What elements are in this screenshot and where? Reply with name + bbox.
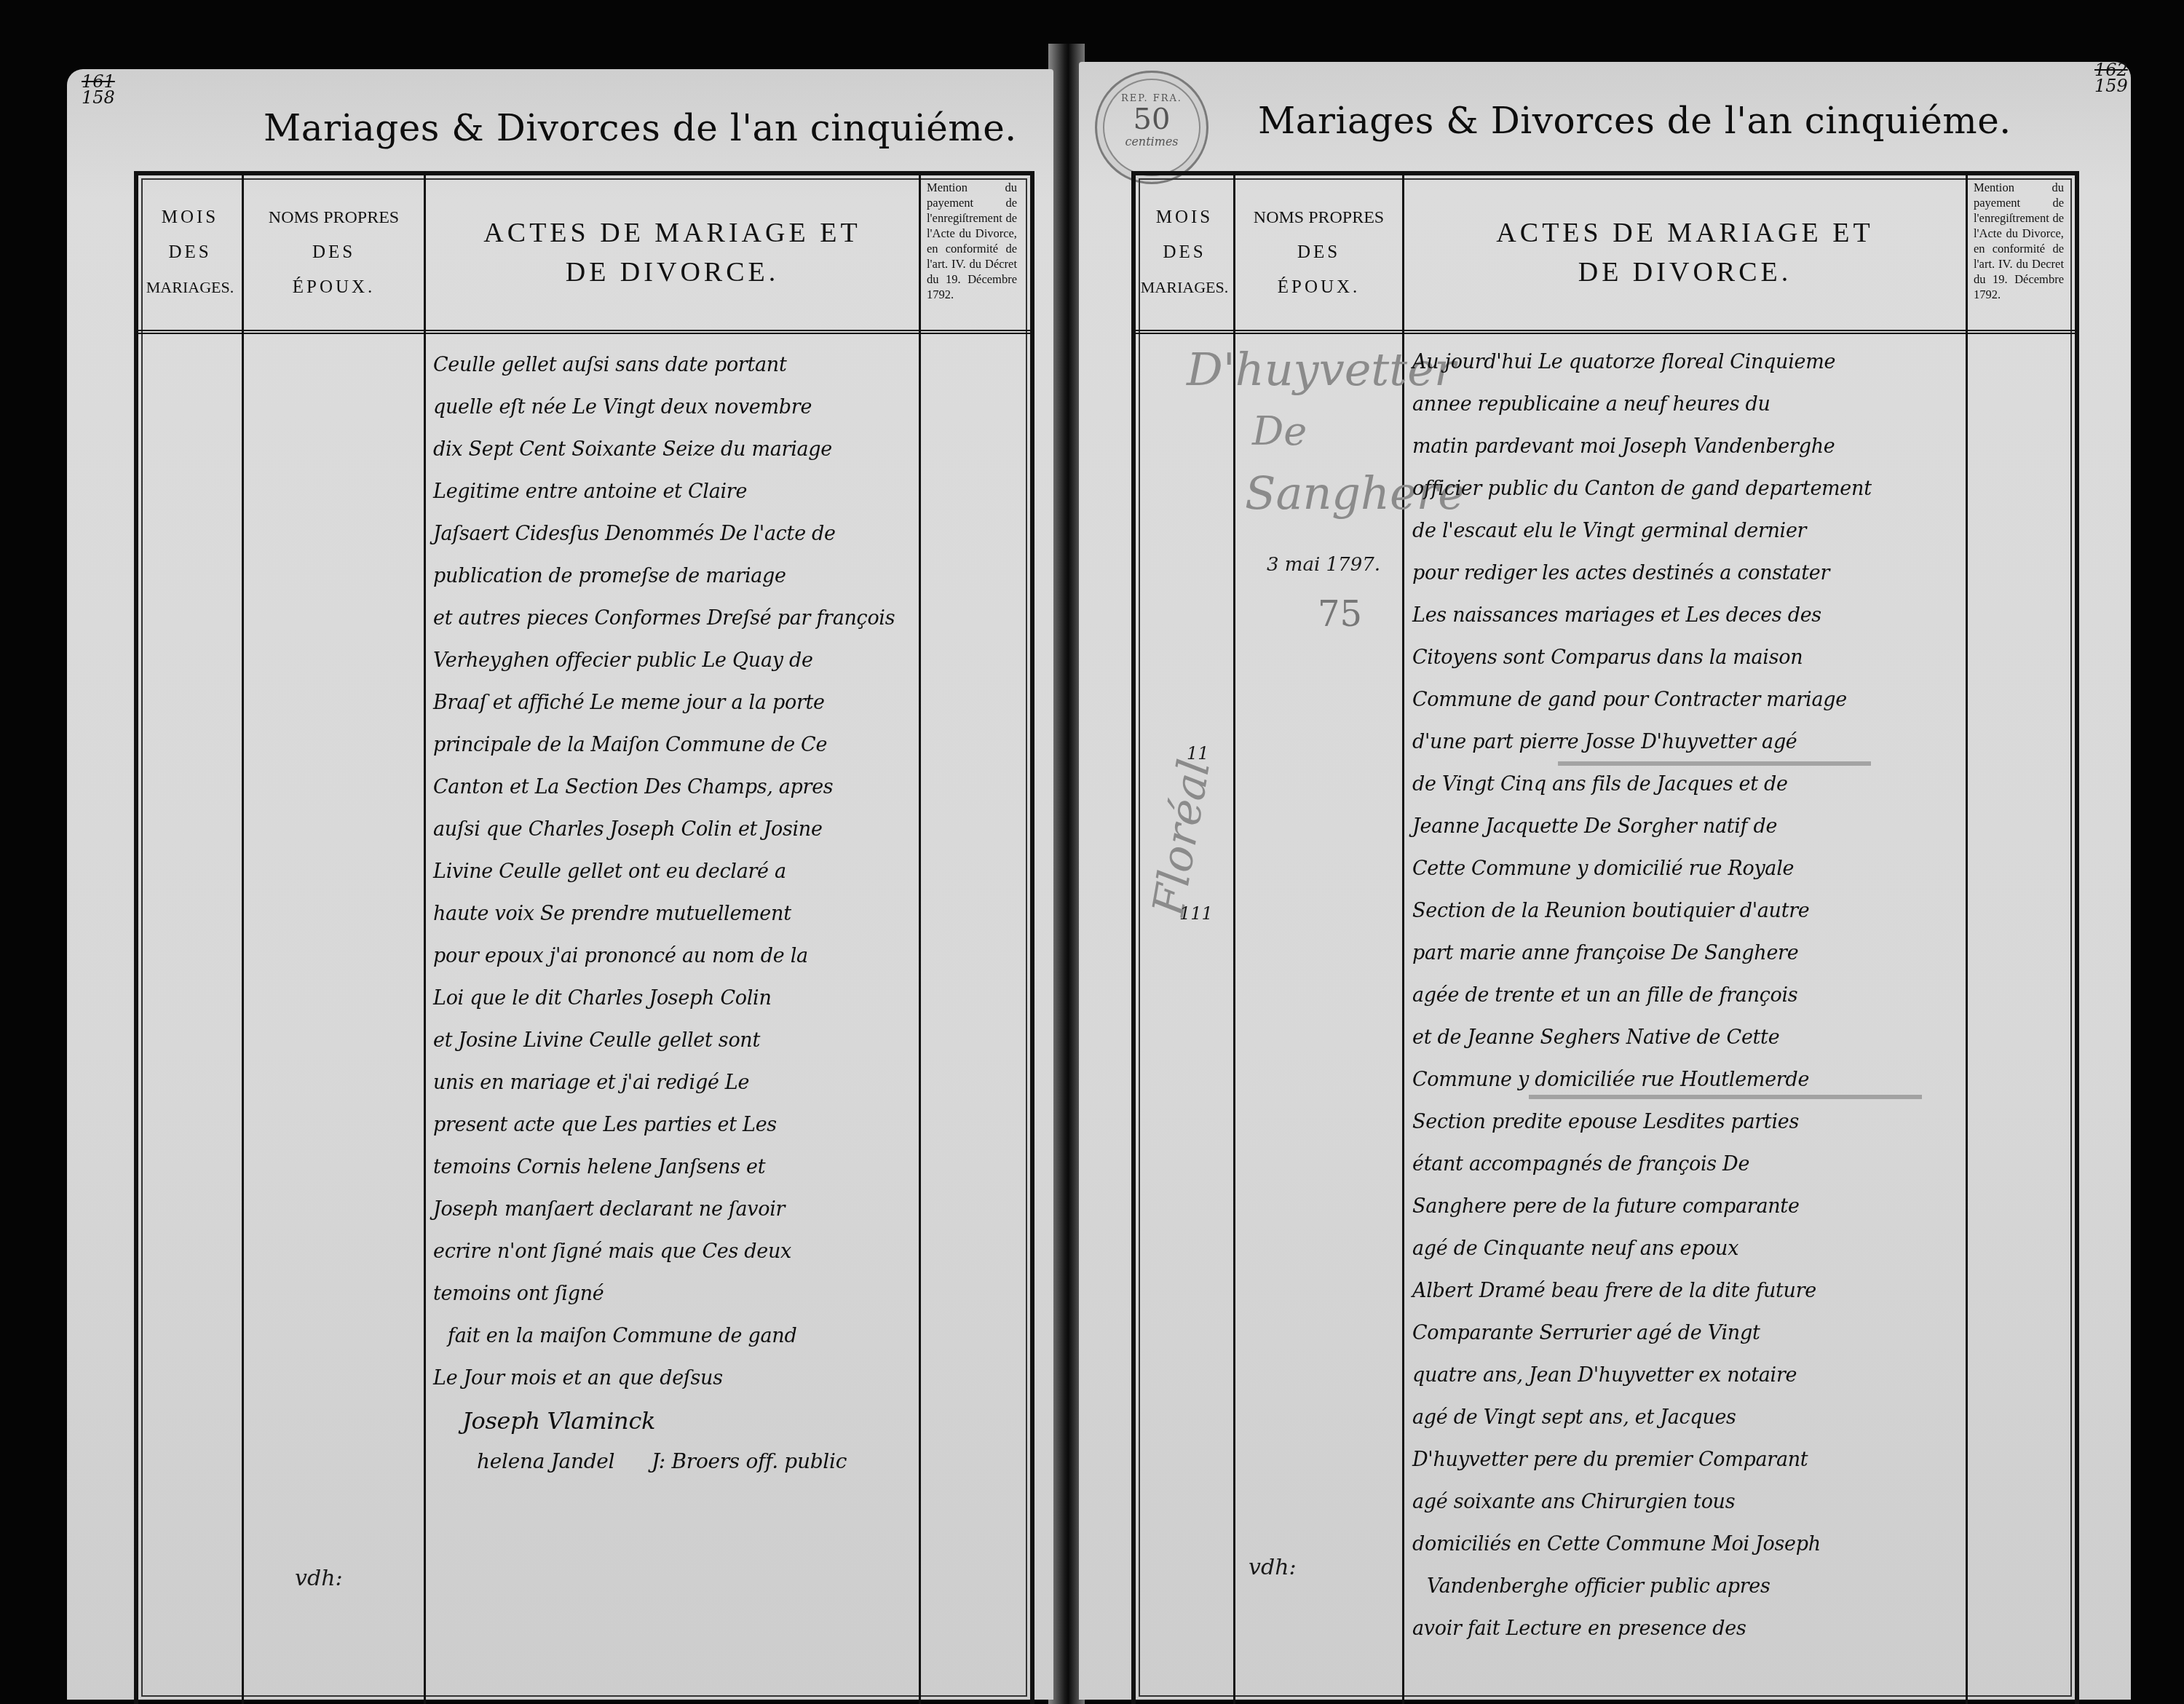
act-line: étant accompagnés de françois De <box>1412 1144 1966 1186</box>
header-noms-propres: NOMS PROPRES DES ÉPOUX. <box>244 175 424 330</box>
right-page: REP. FRA. 50 centimes 162 159 Mariages &… <box>1079 62 2131 1700</box>
header-mois-des-mariages: MOIS DES MARIAGES. <box>138 175 242 330</box>
act-line: Braaſ et affiché Le meme jour a la porte <box>433 682 917 724</box>
act-line: agé soixante ans Chirurgien tous <box>1412 1481 1966 1523</box>
marriage-date: 3 mai 1797. <box>1267 554 1380 576</box>
column-divider <box>1233 175 1235 1704</box>
act-line: part marie anne françoise De Sanghere <box>1412 932 1966 975</box>
act-line: quatre ans, Jean D'huyvetter ex notaire <box>1412 1355 1966 1397</box>
stamp-unit: centimes <box>1097 135 1206 148</box>
column-divider <box>242 175 244 1704</box>
pencil-underline-bride <box>1529 1095 1922 1099</box>
act-line: dix Sept Cent Soixante Seize du mariage <box>433 429 917 471</box>
header-text: ÉPOUX. <box>1278 270 1361 305</box>
act-line: avoir fait Lecture en presence des <box>1412 1608 1966 1650</box>
act-line: Albert Dramé beau frere de la dite futur… <box>1412 1270 1966 1312</box>
header-text: DE DIVORCE. <box>1578 253 1792 292</box>
closing-line: fait en la maiſon Commune de gand <box>433 1315 917 1358</box>
margin-initials: vdh: <box>1249 1555 1297 1580</box>
header-mention-payement: Mention du payement de l'enregiſtrement … <box>921 175 1023 330</box>
column-divider <box>1966 175 1968 1704</box>
header-text: MARIAGES. <box>1141 270 1228 305</box>
act-line: Jaſsaert Cidesſus Denommés De l'acte de <box>433 513 917 555</box>
act-line: Sanghere pere de la future comparante <box>1412 1186 1966 1228</box>
act-line: auſsi que Charles Joseph Colin et Josine <box>433 809 917 851</box>
act-line: Verheyghen offecier public Le Quay de <box>433 640 917 682</box>
header-actes: ACTES DE MARIAGE ET DE DIVORCE. <box>426 175 919 330</box>
signature: J: Broers off. public <box>652 1449 847 1473</box>
act-line: Cette Commune y domicilié rue Royale <box>1412 848 1966 890</box>
header-actes: ACTES DE MARIAGE ET DE DIVORCE. <box>1404 175 1966 330</box>
left-page: 161 158 Mariages & Divorces de l'an cinq… <box>67 69 1053 1700</box>
column-divider <box>424 175 426 1704</box>
running-title: Mariages & Divorces de l'an cinquiéme. <box>1258 100 2011 142</box>
header-noms-propres: NOMS PROPRES DES ÉPOUX. <box>1235 175 1402 330</box>
act-line: annee republicaine a neuf heures du <box>1412 384 1966 426</box>
header-text: NOMS PROPRES <box>1254 200 1384 235</box>
act-line: Loi que le dit Charles Joseph Colin <box>433 978 917 1020</box>
act-line: Citoyens sont Comparus dans la maison <box>1412 637 1966 679</box>
act-line: domiciliés en Cette Commune Moi Joseph <box>1412 1523 1966 1566</box>
act-line: publication de promeſse de mariage <box>433 555 917 598</box>
act-line: Livine Ceulle gellet ont eu declaré a <box>433 851 917 893</box>
tax-stamp: REP. FRA. 50 centimes <box>1095 71 1208 184</box>
act-line: officier public du Canton de gand depart… <box>1412 468 1966 510</box>
act-line: temoins Cornis helene Janſsens et <box>433 1146 917 1189</box>
tally-mark: 11 <box>1187 743 1209 764</box>
act-line: ecrire n'ont ſigné mais que Ces deux <box>433 1231 917 1273</box>
header-mois-des-mariages: MOIS DES MARIAGES. <box>1136 175 1233 330</box>
act-line: Commune de gand pour Contracter mariage <box>1412 679 1966 721</box>
stamp-value: 50 <box>1097 104 1206 135</box>
act-line: unis en mariage et j'ai redigé Le <box>433 1062 917 1104</box>
register-table: MOIS DES MARIAGES. NOMS PROPRES DES ÉPOU… <box>1131 171 2079 1704</box>
closing-line: Le Jour mois et an que deſsus <box>433 1358 917 1400</box>
page-number: 161 158 <box>82 74 115 106</box>
act-line: Comparante Serrurier agé de Vingt <box>1412 1312 1966 1355</box>
act-line: Section predite epouse Lesdites parties <box>1412 1101 1966 1144</box>
current-page-number: 159 <box>2094 76 2128 96</box>
signature-row: helena Jandel J: Broers off. public <box>433 1442 917 1484</box>
spouse-name-pencil: De <box>1252 408 1307 454</box>
header-mention-payement: Mention du payement de l'enregiſtrement … <box>1968 175 2070 330</box>
act-line: agé de Cinquante neuf ans epoux <box>1412 1228 1966 1270</box>
signature: Joseph Vlaminck <box>433 1400 917 1442</box>
current-page-number: 158 <box>82 87 115 108</box>
act-line: D'huyvetter pere du premier Comparant <box>1412 1439 1966 1481</box>
act-text: Ceulle gellet auſsi sans date portant qu… <box>433 344 917 1484</box>
header-text: DES <box>168 235 211 270</box>
header-text: DE DIVORCE. <box>566 253 780 292</box>
header-text: MOIS <box>1156 200 1214 235</box>
act-line: Vandenberghe officier public apres <box>1412 1566 1966 1608</box>
act-line: Jeanne Jacquette De Sorgher natif de <box>1412 806 1966 848</box>
act-line: et autres pieces Conformes Dreſsé par fr… <box>433 598 917 640</box>
register-table: MOIS DES MARIAGES. NOMS PROPRES DES ÉPOU… <box>134 171 1034 1704</box>
running-title: Mariages & Divorces de l'an cinquiéme. <box>264 107 1017 149</box>
header-text: ACTES DE MARIAGE ET <box>1496 213 1873 253</box>
act-line: present acte que Les parties et Les <box>433 1104 917 1146</box>
column-divider <box>919 175 921 1704</box>
act-line: Section de la Reunion boutiquier d'autre <box>1412 890 1966 932</box>
header-text: MARIAGES. <box>146 270 234 305</box>
act-line: principale de la Maiſon Commune de Ce <box>433 724 917 766</box>
signature: helena Jandel <box>477 1449 614 1473</box>
act-line: agé de Vingt sept ans, et Jacques <box>1412 1397 1966 1439</box>
header-text: NOMS PROPRES <box>269 200 399 235</box>
tally-mark: 111 <box>1179 903 1213 924</box>
act-line: Canton et La Section Des Champs, apres <box>433 766 917 809</box>
act-line: de Vingt Cinq ans fils de Jacques et de <box>1412 764 1966 806</box>
act-line: Ceulle gellet auſsi sans date portant <box>433 344 917 387</box>
month-pencil: Floréal <box>1143 756 1220 919</box>
header-text: ÉPOUX. <box>293 270 376 305</box>
act-line: Au jourd'hui Le quatorze floreal Cinquie… <box>1412 341 1966 384</box>
act-line: de l'escaut elu le Vingt germinal dernie… <box>1412 510 1966 552</box>
pencil-underline-groom <box>1558 761 1871 766</box>
act-line: pour rediger les actes destinés a consta… <box>1412 552 1966 595</box>
margin-initials: vdh: <box>295 1566 343 1591</box>
header-text: DES <box>312 235 355 270</box>
page-number: 162 159 <box>2094 62 2128 94</box>
act-line: pour epoux j'ai prononcé au nom de la <box>433 935 917 978</box>
header-text: DES <box>1163 235 1206 270</box>
act-text: Au jourd'hui Le quatorze floreal Cinquie… <box>1412 341 1966 1650</box>
act-line: agée de trente et un an fille de françoi… <box>1412 975 1966 1017</box>
act-line: et Josine Livine Ceulle gellet sont <box>433 1020 917 1062</box>
act-number: 75 <box>1318 594 1362 635</box>
act-line: Legitime entre antoine et Claire <box>433 471 917 513</box>
act-line: d'une part pierre Josse D'huyvetter agé <box>1412 721 1966 764</box>
header-text: MOIS <box>162 200 219 235</box>
column-divider <box>1402 175 1404 1704</box>
act-line: haute voix Se prendre mutuellement <box>433 893 917 935</box>
act-line: temoins ont ſigné <box>433 1273 917 1315</box>
act-line: Joseph manſaert declarant ne ſavoir <box>433 1189 917 1231</box>
header-text: ACTES DE MARIAGE ET <box>483 213 860 253</box>
act-line: et de Jeanne Seghers Native de Cette <box>1412 1017 1966 1059</box>
act-line: quelle eſt née Le Vingt deux novembre <box>433 387 917 429</box>
header-text: DES <box>1297 235 1340 270</box>
act-line: Les naissances mariages et Les deces des <box>1412 595 1966 637</box>
act-line: matin pardevant moi Joseph Vandenberghe <box>1412 426 1966 468</box>
